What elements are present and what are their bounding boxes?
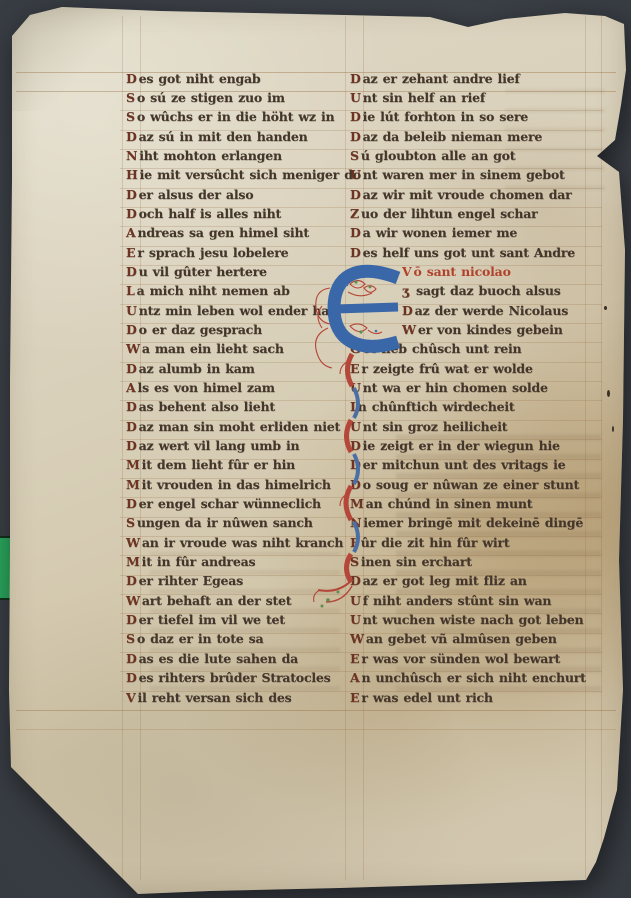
versal-letter: D [126, 129, 137, 144]
line-text: inen sin erchart [361, 554, 472, 569]
parchment-speck [604, 306, 607, 310]
text-line: Fûr die zit hin fûr wirt [350, 533, 608, 552]
ruled-line [120, 652, 602, 653]
ruled-line [120, 362, 602, 363]
versal-letter: E [350, 651, 359, 666]
text-line: Wa man ein lieht sach [126, 339, 341, 358]
versal-letter: A [126, 380, 136, 395]
versal-letter: W [126, 593, 140, 608]
versal-letter: D [126, 496, 137, 511]
text-line: Daz sú in mit den handen [126, 127, 341, 146]
corner-fold-crease [8, 6, 138, 111]
versal-letter: D [126, 206, 137, 221]
initial-e-glyph [334, 271, 398, 346]
line-text: ie mit versûcht sich meniger do [140, 167, 361, 182]
line-text: er rihter Egeas [139, 573, 243, 588]
line-text: il reht versan sich des [138, 690, 292, 705]
line-text: es rihters brûder Stratocles [139, 670, 331, 685]
text-line: Daz der werde Nicolaus [350, 301, 608, 320]
line-text: er mitchun unt des vritags ie [363, 457, 566, 472]
text-line: Mit in fûr andreas [126, 552, 341, 571]
text-line: Hie mit versûcht sich meniger do [126, 165, 341, 184]
versal-letter: D [126, 670, 137, 685]
ruled-line [120, 536, 602, 537]
showthrough-text-top [505, 76, 605, 201]
text-line: An unchûsch er sich niht enchurt [350, 668, 608, 687]
showthrough-text-right [396, 430, 601, 702]
line-text: a mich niht nemen ab [137, 283, 290, 298]
text-line: Do er daz gesprach [126, 320, 341, 339]
line-text: och half is alles niht [139, 206, 281, 221]
line-text: az er got leg mit fliz an [363, 573, 527, 588]
line-text: nt sin groz heilicheit [363, 419, 508, 434]
line-text: ntz min leben wol ender hab [139, 303, 338, 318]
ruled-line [140, 16, 141, 880]
penwork-flourish [314, 281, 382, 603]
line-text: nt wuchen wiste nach got leben [363, 612, 584, 627]
ruled-line [16, 72, 616, 73]
ruled-line [120, 517, 602, 518]
ruled-line [120, 691, 602, 692]
text-line: Wer von kindes gebein [350, 320, 608, 339]
line-text: an chúnd in sinen munt [366, 496, 533, 511]
photo-stage: Des got niht engabSo sú ze stigen zuo im… [0, 0, 631, 898]
ruled-line [16, 729, 616, 730]
versal-letter: U [350, 612, 361, 627]
line-text: an ir vroude was niht kranch [142, 535, 343, 550]
line-text: r was edel unt rich [361, 690, 492, 705]
versal-letter: D [126, 264, 137, 279]
parchment-folio: Des got niht engabSo sú ze stigen zuo im… [0, 0, 631, 898]
versal-letter: M [350, 496, 364, 511]
text-line: In chûnftich wirdecheit [350, 397, 608, 416]
line-text: it vrouden in das himelrich [142, 477, 331, 492]
line-text: u vil gûter hertere [139, 264, 267, 279]
versal-letter: L [126, 283, 135, 298]
versal-letter: E [350, 361, 359, 376]
line-text: o soug er nûwan ze einer stunt [363, 477, 579, 492]
text-line: Doch half is alles niht [126, 204, 341, 223]
versal-letter: S [126, 90, 135, 105]
versal-letter: S [126, 109, 135, 124]
text-line: Andreas sa gen himel siht [126, 223, 341, 242]
text-line: Daz wert vil lang umb in [126, 436, 341, 455]
text-line: Sú gloubton alle an got [350, 146, 608, 165]
versal-letter: U [126, 303, 137, 318]
text-line: So daz er in tote sa [126, 629, 341, 648]
line-text: as es die lute sahen da [139, 651, 298, 666]
line-text: a man ein lieht sach [142, 341, 284, 356]
line-text: er engel schar wünneclich [139, 496, 321, 511]
text-line: Des helf uns got unt sant Andre [350, 243, 608, 262]
versal-letter: D [350, 129, 361, 144]
line-text: az wir mit vroude chomen dar [363, 187, 572, 202]
ruled-line [122, 16, 123, 880]
text-line: Sinen sin erchart [350, 552, 608, 571]
versal-letter: U [350, 593, 361, 608]
illuminated-initial-e [298, 262, 406, 614]
ruled-line [16, 91, 616, 92]
versal-letter: M [126, 554, 140, 569]
line-text: o wûchs er in die höht wz in [137, 109, 335, 124]
ruled-line [601, 16, 602, 880]
line-text: az der werde Nicolaus [415, 303, 568, 318]
versal-letter: D [126, 438, 137, 453]
text-line: So wûchs er in die höht wz in [126, 107, 341, 126]
versal-letter: D [126, 419, 137, 434]
line-text: ls es von himel zam [138, 380, 275, 395]
text-line: Er sprach jesu lobelere [126, 243, 341, 262]
line-text: az sú in mit den handen [139, 129, 308, 144]
text-line: Das es die lute sahen da [126, 649, 341, 668]
text-line: Unt wuchen wiste nach got leben [350, 610, 608, 629]
text-line: Er was edel unt rich [350, 688, 608, 707]
versal-letter: V [402, 264, 412, 279]
line-text: er alsus der also [139, 187, 254, 202]
text-line: Daz alumb in kam [126, 359, 341, 378]
line-text: er von kindes gebein [418, 322, 563, 337]
ruled-line [16, 710, 616, 711]
versal-letter: D [350, 109, 361, 124]
text-line: Unt wa er hin chomen solde [350, 378, 608, 397]
ruled-line [345, 16, 346, 880]
line-text: an gebet vñ almûsen geben [366, 631, 557, 646]
ruled-line [120, 575, 602, 576]
ruled-line [120, 149, 602, 150]
ruled-line [120, 284, 602, 285]
ruled-line [120, 188, 602, 189]
illuminated-initial-letter: E [0, 0, 1, 1]
text-line: Wart behaft an der stet [126, 591, 341, 610]
ruled-line [120, 555, 602, 556]
line-text: nt waren mer in sinem gebot [363, 167, 565, 182]
line-text: es helf uns got unt sant Andre [363, 245, 575, 260]
versal-letter: S [350, 554, 359, 569]
line-text: r sprach jesu lobelere [137, 245, 288, 260]
line-text: nt sin helf an rief [363, 90, 485, 105]
line-text: o er daz gesprach [139, 322, 262, 337]
text-line: Der tiefel im vil we tet [126, 610, 341, 629]
text-line: Wan ir vroude was niht kranch [126, 533, 341, 552]
text-line: Des rihters brûder Stratocles [126, 668, 341, 687]
line-text: as behent also lieht [139, 399, 275, 414]
rubric-line: Vō sant nicolao [350, 262, 608, 281]
line-text: ō sant nicolao [414, 264, 511, 279]
text-line: Er zeigte frû wat er wolde [350, 359, 608, 378]
ruled-line [120, 671, 602, 672]
line-text: ú gloubton alle an got [361, 148, 516, 163]
line-text: ungen da ir nûwen sanch [137, 515, 313, 530]
text-line: Niht mohton erlangen [126, 146, 341, 165]
versal-letter: D [126, 612, 137, 627]
text-line: ʒ sagt daz buoch alsus [350, 281, 608, 300]
text-line: So sú ze stigen zuo im [126, 88, 341, 107]
text-line: Wan gebet vñ almûsen geben [350, 629, 608, 648]
line-text: it dem lieht fûr er hin [142, 457, 295, 472]
text-line: Der alsus der also [126, 185, 341, 204]
ruled-line [120, 304, 602, 305]
ruled-line [120, 323, 602, 324]
text-line: Daz da beleib nieman mere [350, 127, 608, 146]
versal-letter: D [350, 573, 361, 588]
versal-letter: D [402, 303, 413, 318]
line-text: r was vor sünden wol bewart [361, 651, 560, 666]
line-text: uo der lihtun engel schar [361, 206, 538, 221]
ruled-line [120, 459, 602, 460]
text-line: Niemer bringē mit dekeinē dingē [350, 513, 608, 532]
text-line: Daz er got leg mit fliz an [350, 571, 608, 590]
line-text: sagt daz buoch alsus [411, 283, 561, 298]
text-line: Du vil gûter hertere [126, 262, 341, 281]
versal-letter: D [350, 71, 361, 86]
versal-letter: D [350, 477, 361, 492]
text-line: Daz man sin moht erliden niet [126, 417, 341, 436]
ruled-line [120, 110, 602, 111]
line-text: ie lút forhton in so sere [363, 109, 528, 124]
text-line: Zuo der lihtun engel schar [350, 204, 608, 223]
line-text: f niht anders stûnt sin wan [363, 593, 552, 608]
ruled-line [363, 16, 364, 880]
versal-letter: S [126, 515, 135, 530]
line-text: o sú ze stigen zuo im [137, 90, 285, 105]
versal-letter: M [126, 457, 140, 472]
line-text: art behaft an der stet [142, 593, 292, 608]
versal-letter: I [350, 399, 356, 414]
versal-letter: D [126, 322, 137, 337]
versal-letter: S [126, 631, 135, 646]
versal-letter: E [126, 245, 135, 260]
text-column-right: Daz er zehant andre liefUnt sin helf an … [350, 69, 608, 707]
line-text: o daz er in tote sa [137, 631, 264, 646]
versal-letter: A [126, 225, 136, 240]
versal-letter: A [350, 670, 360, 685]
text-line: Vil reht versan sich des [126, 688, 341, 707]
parchment-speck [612, 426, 614, 432]
versal-letter: M [126, 477, 140, 492]
text-line: Der engel schar wünneclich [126, 494, 341, 513]
text-line: Das behent also lieht [126, 397, 341, 416]
text-line: Untz min leben wol ender hab [126, 301, 341, 320]
versal-letter: D [126, 71, 137, 86]
text-line: Daz wir mit vroude chomen dar [350, 185, 608, 204]
versal-letter: N [350, 515, 361, 530]
text-line: Daz er zehant andre lief [350, 69, 608, 88]
line-text: iht mohton erlangen [139, 148, 282, 163]
versal-letter: U [350, 90, 361, 105]
versal-letter: D [350, 245, 361, 260]
line-text: nt wa er hin chomen solde [363, 380, 548, 395]
ruled-line [120, 246, 602, 247]
penwork-dots [321, 280, 378, 607]
text-line: Mit vrouden in das himelrich [126, 475, 341, 494]
line-text: n chûnftich wirdecheit [358, 399, 515, 414]
ruled-line [120, 381, 602, 382]
text-line: Als es von himel zam [126, 378, 341, 397]
text-line: Do soug er nûwan ze einer stunt [350, 475, 608, 494]
versal-letter: N [126, 148, 137, 163]
text-column-left: Des got niht engabSo sú ze stigen zuo im… [126, 69, 341, 707]
line-text: n unchûsch er sich niht enchurt [362, 670, 586, 685]
ruled-line [120, 400, 602, 401]
line-text: it in fûr andreas [142, 554, 256, 569]
versal-letter: E [350, 690, 359, 705]
line-text: ûr die zit hin fûr wirt [361, 535, 510, 550]
versal-letter: D [350, 187, 361, 202]
versal-letter: D [126, 573, 137, 588]
versal-letter: G [350, 341, 360, 356]
text-line: Unt waren mer in sinem gebot [350, 165, 608, 184]
versal-letter: ʒ [402, 283, 409, 298]
ruled-line [120, 265, 602, 266]
ruled-line [120, 478, 602, 479]
versal-letter: U [350, 380, 361, 395]
ruling-grid [0, 0, 631, 898]
versal-letter: D [350, 457, 361, 472]
versal-letter: Z [350, 206, 359, 221]
ruled-line [120, 497, 602, 498]
line-text: r zeigte frû wat er wolde [361, 361, 532, 376]
penwork-blue-strokes [354, 388, 358, 552]
line-text: er tiefel im vil we tet [139, 612, 285, 627]
text-line: Uf niht anders stûnt sin wan [350, 591, 608, 610]
showthrough-text-left [150, 552, 340, 702]
ruled-line [120, 207, 602, 208]
ruled-line [120, 439, 602, 440]
ruled-line [120, 168, 602, 169]
versal-letter: W [402, 322, 416, 337]
line-text: az da beleib nieman mere [363, 129, 542, 144]
line-text: ndreas sa gen himel siht [138, 225, 309, 240]
versal-letter: V [126, 690, 136, 705]
ruled-line [120, 226, 602, 227]
text-line: Des got niht engab [126, 69, 341, 88]
versal-letter: S [350, 148, 359, 163]
text-line: Man chúnd in sinen munt [350, 494, 608, 513]
versal-letter: F [350, 535, 359, 550]
line-text: a wir wonen iemer me [363, 225, 517, 240]
versal-letter: D [126, 187, 137, 202]
line-text: ot lieb chûsch unt rein [362, 341, 521, 356]
parchment-speck [607, 390, 610, 397]
text-line: Die lút forhton in so sere [350, 107, 608, 126]
ruled-line [120, 342, 602, 343]
versal-letter: D [126, 361, 137, 376]
ruled-line [120, 594, 602, 595]
text-line: Da wir wonen iemer me [350, 223, 608, 242]
text-line: La mich niht nemen ab [126, 281, 341, 300]
text-line: Der mitchun unt des vritags ie [350, 455, 608, 474]
parchment-page-wrap: Des got niht engabSo sú ze stigen zuo im… [0, 0, 631, 898]
ruled-line [120, 633, 602, 634]
line-text: az wert vil lang umb in [139, 438, 300, 453]
ruled-line [120, 420, 602, 421]
versal-letter: D [350, 225, 361, 240]
text-line: Mit dem lieht fûr er hin [126, 455, 341, 474]
line-text: es got niht engab [139, 71, 261, 86]
text-line: Got lieb chûsch unt rein [350, 339, 608, 358]
versal-letter: D [126, 651, 137, 666]
versal-letter: W [126, 341, 140, 356]
text-line: Sungen da ir nûwen sanch [126, 513, 341, 532]
text-line: Die zeigt er in der wiegun hie [350, 436, 608, 455]
versal-letter: D [350, 438, 361, 453]
line-text: iemer bringē mit dekeinē dingē [363, 515, 583, 530]
line-text: az er zehant andre lief [363, 71, 520, 86]
line-text: ie zeigt er in der wiegun hie [363, 438, 560, 453]
text-line: Unt sin groz heilicheit [350, 417, 608, 436]
text-line: Er was vor sünden wol bewart [350, 649, 608, 668]
versal-letter: W [126, 535, 140, 550]
text-line: Der rihter Egeas [126, 571, 341, 590]
line-text: az man sin moht erliden niet [139, 419, 340, 434]
versal-letter: U [350, 419, 361, 434]
versal-letter: H [126, 167, 138, 182]
text-line: Unt sin helf an rief [350, 88, 608, 107]
ruled-line [120, 130, 602, 131]
versal-letter: D [126, 399, 137, 414]
line-text: az alumb in kam [139, 361, 255, 376]
ruled-line [120, 613, 602, 614]
versal-letter: U [350, 167, 361, 182]
versal-letter: W [350, 631, 364, 646]
ruled-line [585, 16, 586, 880]
